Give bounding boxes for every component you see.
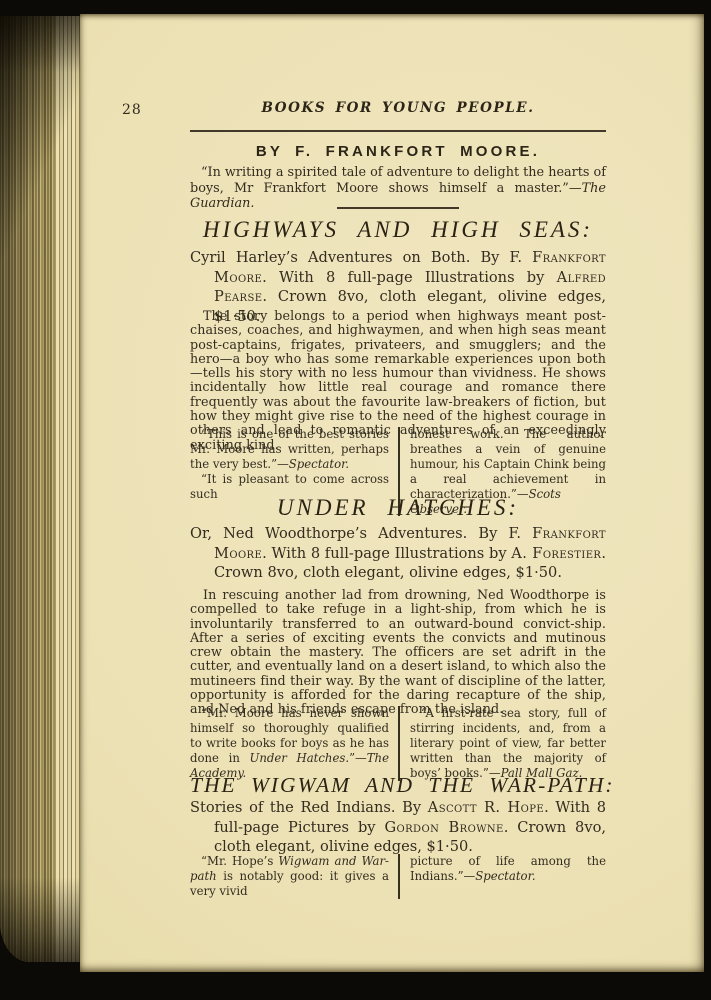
review-source: Spectator.	[289, 457, 349, 471]
page-number: 28	[122, 102, 142, 118]
illustrator-name: A. Forestier	[511, 545, 601, 562]
review-quote: picture of life among the Indians.”—Spec…	[410, 854, 606, 884]
header-rule	[190, 130, 606, 132]
page-content: 28 BOOKS FOR YOUNG PEOPLE. BY F. FRANKFO…	[190, 14, 606, 972]
author-name: Ascott R. Hope	[428, 799, 544, 816]
page-stack-shading	[0, 16, 92, 962]
scanned-book-page: 28 BOOKS FOR YOUNG PEOPLE. BY F. FRANKFO…	[0, 0, 711, 1000]
section-divider-rule	[337, 207, 459, 209]
review-text: is notably good: it gives a very vivid	[190, 869, 389, 898]
book-title: THE WIGWAM AND THE WAR-PATH:	[190, 773, 606, 798]
review-quote: “Mr. Hope’s Wigwam and War-path is notab…	[190, 854, 389, 899]
book-subtitle: Stories of the Red Indians. By Ascott R.…	[190, 798, 606, 857]
author-section-heading: BY F. FRANKFORT MOORE.	[190, 143, 606, 160]
paper-page: 28 BOOKS FOR YOUNG PEOPLE. BY F. FRANKFO…	[80, 14, 704, 972]
review-quote: “Mr. Moore has never shown himself so th…	[190, 706, 389, 781]
review-text: ”—	[349, 751, 367, 765]
review-column-left: “Mr. Moore has never shown himself so th…	[190, 706, 398, 781]
subtitle-text: Stories of the Red Indians. By	[190, 799, 428, 816]
book-reviews: “Mr. Moore has never shown himself so th…	[190, 706, 606, 781]
subtitle-text: . With 8 full-page Illustrations by	[262, 545, 511, 562]
illustrator-name: Gordon Browne	[384, 819, 503, 836]
review-column-right: picture of life among the Indians.”—Spec…	[398, 854, 606, 899]
subtitle-text: . With 8 full-page Illustrations by	[262, 269, 556, 286]
review-column-right: “A first-rate sea story, full of stirrin…	[398, 706, 606, 781]
review-quote: “This is one of the best stories Mr. Moo…	[190, 427, 389, 472]
review-column-left: “Mr. Hope’s Wigwam and War-path is notab…	[190, 854, 398, 899]
review-book-title: Under Hatches.	[250, 751, 350, 765]
author-endorsement-quote: “In writing a spirited tale of adventure…	[190, 165, 606, 212]
subtitle-text: Cyril Harley’s Adventures on Both. By F.	[190, 249, 532, 266]
page-header: 28 BOOKS FOR YOUNG PEOPLE.	[190, 100, 606, 116]
book-description: In rescuing another lad from drowning, N…	[190, 588, 606, 717]
quote-text: “In writing a spirited tale of adventure…	[190, 165, 606, 196]
review-quote: “A first-rate sea story, full of stirrin…	[410, 706, 606, 781]
review-text: honest work. The author breathes a vein …	[410, 427, 606, 501]
book-subtitle: Or, Ned Woodthorpe’s Adventures. By F. F…	[190, 524, 606, 583]
book-fore-edge	[0, 16, 92, 962]
review-source: Spectator.	[475, 869, 535, 883]
subtitle-text: Or, Ned Woodthorpe’s Adventures. By F.	[190, 525, 532, 542]
book-title: UNDER HATCHES:	[190, 495, 606, 521]
running-head: BOOKS FOR YOUNG PEOPLE.	[190, 100, 606, 116]
book-title: HIGHWAYS AND HIGH SEAS:	[190, 217, 606, 243]
review-text: “Mr. Hope’s	[201, 854, 278, 868]
book-reviews: “Mr. Hope’s Wigwam and War-path is notab…	[190, 854, 606, 899]
